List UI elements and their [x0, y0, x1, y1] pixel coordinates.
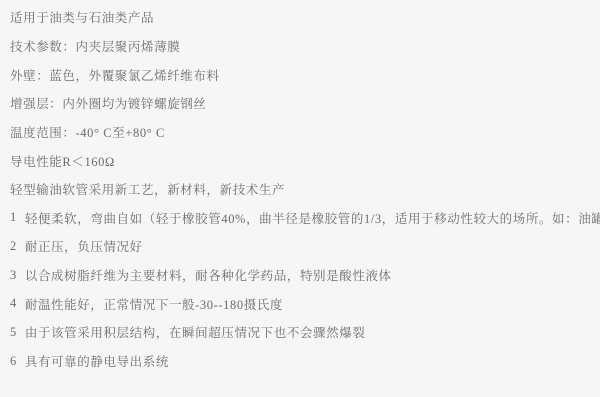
feature-number: 2: [10, 239, 17, 254]
spec-text: 适用于油类与石油类产品: [10, 8, 154, 26]
feature-item-4: 4 耐温性能好，正常情况下一般-30--180摄氏度: [10, 289, 592, 318]
spec-text: 导电性能R＜160Ω: [10, 152, 115, 170]
feature-number: 4: [10, 296, 17, 311]
feature-item-1: 1 轻便柔软，弯曲自如（轻于橡胶管40%，曲半径是橡胶管的1/3，适用于移动性较…: [10, 203, 592, 232]
spec-text: 增强层：内外圈均为镀锌螺旋钢丝: [10, 94, 207, 112]
spec-line-technical-params: 技术参数：内夹层聚丙烯薄膜: [10, 32, 592, 61]
spec-line-temperature-range: 温度范围：-40° C至+80° C: [10, 118, 592, 147]
feature-item-6: 6 具有可靠的静电导出系统: [10, 347, 592, 376]
spec-text: 技术参数：内夹层聚丙烯薄膜: [10, 37, 180, 55]
spec-line-reinforcement-layer: 增强层：内外圈均为镀锌螺旋钢丝: [10, 89, 592, 118]
feature-number: 6: [10, 354, 17, 369]
spec-line-outer-wall: 外壁：蓝色，外覆聚氯乙烯纤维布料: [10, 60, 592, 89]
spec-text: 轻型输油软管采用新工艺，新材料，新技术生产: [10, 180, 285, 198]
feature-text: 轻便柔软，弯曲自如（轻于橡胶管40%，曲半径是橡胶管的1/3，适用于移动性较大的…: [25, 209, 600, 227]
spec-text: 温度范围：-40° C至+80° C: [10, 123, 165, 141]
feature-item-5: 5 由于该管采用积层结构，在瞬间超压情况下也不会骤然爆裂: [10, 318, 592, 347]
feature-item-2: 2 耐正压，负压情况好: [10, 232, 592, 261]
feature-number: 5: [10, 325, 17, 340]
feature-text: 具有可靠的静电导出系统: [25, 352, 169, 370]
feature-text: 耐温性能好，正常情况下一般-30--180摄氏度: [25, 295, 283, 313]
feature-text: 耐正压，负压情况好: [25, 237, 143, 255]
spec-text: 外壁：蓝色，外覆聚氯乙烯纤维布料: [10, 66, 220, 84]
product-description-page: 适用于油类与石油类产品 技术参数：内夹层聚丙烯薄膜 外壁：蓝色，外覆聚氯乙烯纤维…: [0, 0, 600, 397]
feature-text: 以合成树脂纤维为主要材料，耐各种化学药品，特别是酸性液体: [25, 266, 392, 284]
spec-line-conductivity: 导电性能R＜160Ω: [10, 146, 592, 175]
feature-text: 由于该管采用积层结构，在瞬间超压情况下也不会骤然爆裂: [25, 323, 366, 341]
feature-number: 3: [10, 268, 17, 283]
feature-item-3: 3 以合成树脂纤维为主要材料，耐各种化学药品，特别是酸性液体: [10, 261, 592, 290]
feature-number: 1: [10, 210, 17, 225]
spec-line-application: 适用于油类与石油类产品: [10, 3, 592, 32]
spec-line-production-intro: 轻型输油软管采用新工艺，新材料，新技术生产: [10, 175, 592, 204]
